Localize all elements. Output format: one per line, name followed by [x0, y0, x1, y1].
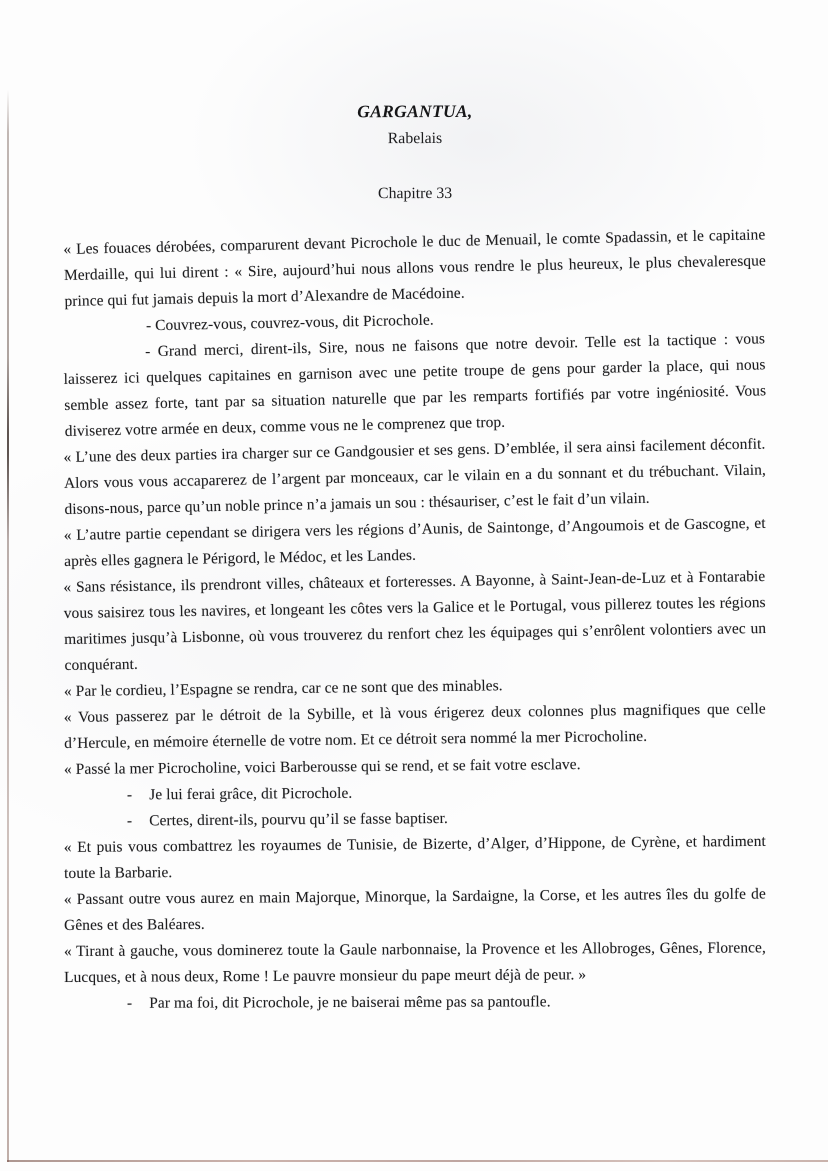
paragraph-dialogue: - Grand merci, dirent-ils, Sire, nous ne…: [63, 326, 767, 445]
paragraph: « L’une des deux parties ira charger sur…: [63, 432, 766, 523]
book-title: GARGANTUA,: [64, 100, 766, 123]
dash-marker: -: [127, 995, 132, 1012]
dialogue-text: Certes, dirent-ils, pourvu qu’il se fass…: [149, 810, 448, 829]
chapter-heading: Chapitre 33: [64, 184, 766, 204]
paragraph: « Les fouaces dérobées, comparurent deva…: [63, 222, 766, 315]
paragraph-dialogue: -Par ma foi, dit Picrochole, je ne baise…: [64, 989, 766, 1017]
paragraph: « Sans résistance, ils prendront villes,…: [63, 564, 767, 679]
author-name: Rabelais: [64, 129, 766, 149]
dialogue-text: Je lui ferai grâce, dit Picrochole.: [149, 785, 352, 804]
body-text: « Les fouaces dérobées, comparurent deva…: [64, 237, 766, 1017]
scanned-page: GARGANTUA, Rabelais Chapitre 33 « Les fo…: [0, 0, 828, 1171]
paragraph: « Et puis vous combattrez les royaumes d…: [64, 829, 766, 887]
document-header: GARGANTUA, Rabelais Chapitre 33: [64, 100, 766, 204]
dialogue-text: Par ma foi, dit Picrochole, je ne baiser…: [149, 993, 550, 1011]
paragraph: « Passant outre vous aurez en main Major…: [64, 881, 766, 939]
dash-marker: -: [127, 812, 132, 829]
scan-page-edge-left: [7, 90, 9, 1162]
dash-marker: -: [127, 786, 132, 803]
paragraph: « Vous passerez par le détroit de la Syb…: [64, 696, 767, 757]
paragraph: « Tirant à gauche, vous dominerez toute …: [64, 935, 766, 991]
scan-page-edge-bottom: [7, 1160, 828, 1162]
